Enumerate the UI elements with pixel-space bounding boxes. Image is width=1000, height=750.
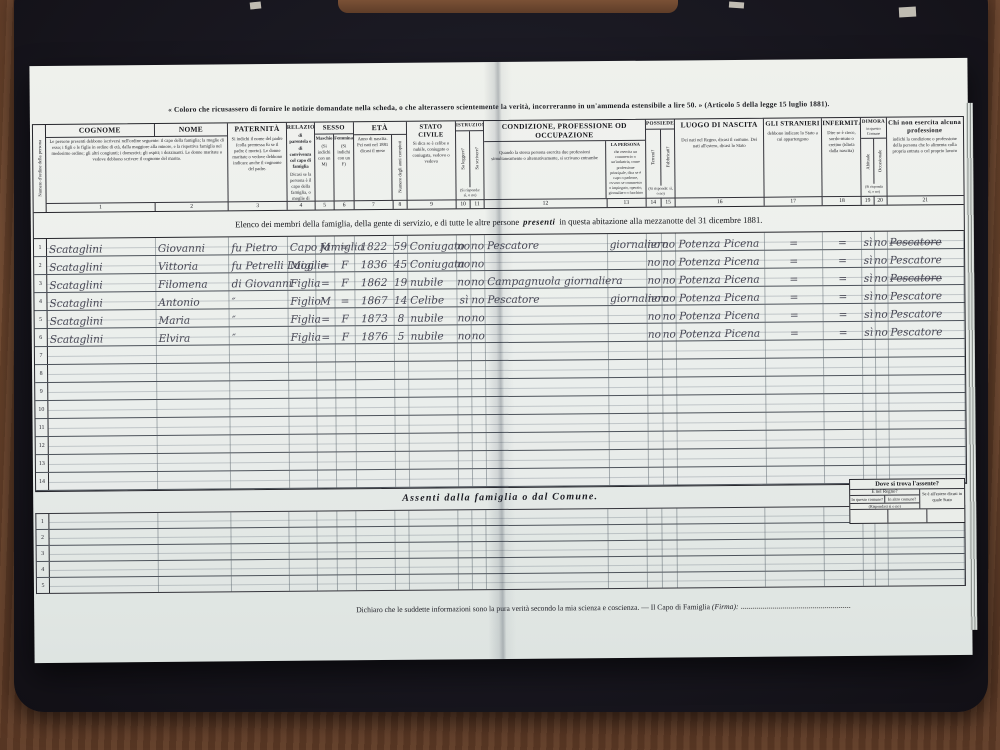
cell-occ: no [875,268,888,285]
cell-f [337,527,357,542]
cell-inf [825,430,864,447]
cell-paternita [232,576,291,592]
cell-legge [459,526,473,541]
cell-luogo [678,540,766,556]
cell-chinon [889,357,965,375]
cell-luogo [678,395,766,413]
cell-legge: no [457,253,471,270]
cell-rel [290,471,318,488]
cell-cognome [49,513,158,529]
cell-f [337,559,357,574]
absent-box-answer-cells [850,508,964,523]
cell-stran [766,507,825,523]
cell-cognome [48,346,157,364]
cell-occ [876,430,889,447]
cell-scrive: no [471,253,485,270]
cell-nome [158,560,231,576]
column-group-possiede: POSSIEDE Terreni? Fabbricati? (Si rispon… [646,119,676,197]
cell-chinon [889,429,965,447]
cell-nome: Antonio [156,291,230,309]
cell-legge [459,558,473,573]
cell-paternita [230,345,289,363]
cell-nome [158,512,231,528]
cell-pers [609,432,648,449]
signature-blank [741,599,850,609]
cell-pers [609,360,648,377]
possiede-fabbricati: Fabbricati? [661,129,675,185]
cell-paternita [231,512,290,528]
cell-m [318,527,338,542]
cell-occ [876,358,889,375]
cell-nome [157,417,231,435]
cell-pers [608,306,647,323]
cell-nome [158,471,232,489]
cell-n: 12 [36,437,49,454]
cell-inf [825,394,864,411]
cell-f: F [336,308,356,325]
cell-occ [876,448,889,465]
cell-anni: 14 [394,290,408,307]
cell-stran [766,376,825,394]
cell-abit [863,539,875,554]
cell-f: = [336,290,356,307]
possiede-terreni: Terreni? [646,130,661,186]
istruzione-scrive: Sa scrivere? [470,131,483,187]
cell-luogo [677,359,765,377]
cell-f [337,543,357,558]
occasionale-label: Occasionale [877,150,882,172]
colnum-10: 10 [457,199,471,208]
cell-rel: Moglie [288,255,316,272]
cell-cognome: Scataglini [47,238,156,256]
legge-label: Sa leggere? [460,148,465,169]
cell-terr [648,573,663,588]
cell-abit [864,394,876,411]
cell-chinon: Pescatore [888,267,964,285]
cell-chinon: Pescatore [888,285,964,303]
cell-nome [157,381,231,399]
cell-fabb: no [662,323,677,340]
cell-n: 1 [36,514,49,529]
cell-stran: = [765,286,824,304]
column-chi-non-esercita: Chi non esercita alcuna professione indi… [886,117,963,196]
cell-paternita [230,363,289,381]
cell-cond [486,414,609,432]
anno-note: Anno di nascita. Pei nati nel 1881 dicas… [354,134,392,155]
cell-cognome: Scataglini [47,292,156,310]
cell-anno: 1873 [355,308,394,325]
terreni-label: Terreni? [650,150,655,165]
column-infermita: INFERMITÀ Dire se è cieco, sordo-muto o … [822,118,862,196]
cell-paternita: ″ [230,309,289,327]
cell-abit: sì [862,232,874,249]
cell-stato: nubile [408,271,457,288]
cell-anno [356,362,395,379]
cell-chinon [888,339,964,357]
cell-anni [395,416,409,433]
scrive-label: Sa scrivere? [474,148,479,170]
colnum-1: 1 [47,202,156,212]
absent-box-estero: Se è all'estero dicasi in quale Stato [920,489,964,509]
cell-nome [157,435,231,453]
colnum-18: 18 [823,196,862,205]
cell-stato [410,542,459,557]
paper-sliver [250,1,262,9]
cell-abit [863,358,875,375]
cell-occ: no [875,304,888,321]
cell-terr [649,450,664,467]
cell-n: 6 [35,329,48,346]
column-stranieri: GLI STRANIERI debbono indicare lo Stato … [764,118,823,197]
cell-pers: giornaliero [608,234,647,251]
cell-luogo [678,467,766,485]
cell-stato: Coniugato [408,235,457,252]
cell-n: 5 [35,311,48,328]
cell-terr: no [647,288,662,305]
table-header: Numero d'ordine della persona COGNOME NO… [33,117,964,213]
cell-inf [824,340,863,357]
cell-m [317,511,337,526]
cell-luogo [677,508,765,524]
cell-legge: sì [457,289,471,306]
cell-anno: 1876 [355,326,394,343]
due-note: Quando la stessa persona esercita due pr… [484,141,605,163]
declaration-text: Dichiaro che le suddette informazioni so… [356,602,710,614]
chi-non-title: Chi non esercita alcuna professione [886,117,962,136]
cell-rel: Figlia [289,327,317,344]
cell-paternita [231,435,290,453]
cell-f [337,398,357,415]
colnum-13: 13 [607,198,646,207]
cell-terr [648,541,663,556]
cell-occ: no [875,322,888,339]
cell-stato [409,361,458,378]
paternita-note: Si indichi il nome del padre (colla prem… [228,134,286,173]
cell-rel [289,417,317,434]
cell-anno [356,380,395,397]
cell-pers [608,324,647,341]
cell-inf [824,358,863,375]
cell-n: 1 [34,239,47,256]
cell-anni [396,559,410,574]
cell-abit [864,571,876,586]
cell-fabb: no [662,269,677,286]
cell-paternita [230,381,289,399]
cell-rel [290,512,318,527]
colnum-19: 19 [862,196,874,205]
cell-cond: Pescatore [485,288,608,306]
cell-stran [766,394,825,412]
cell-m [318,452,338,469]
cell-cognome: Scataglini [48,310,157,328]
colnum-4: 4 [287,201,315,210]
cell-f: F [335,272,355,289]
cell-anno [356,398,395,415]
cell-fabb [664,467,679,484]
cell-occ: no [875,250,888,267]
cell-rel [290,544,318,559]
cell-cognome [48,400,157,418]
cell-scrive: no [471,271,485,288]
cell-terr [648,360,663,377]
cell-anno [357,452,396,469]
cell-occ [876,412,889,429]
sesso-femmina: Femmina (Si indichi con un F) [334,134,353,201]
cell-abit [864,448,876,465]
cell-scrive: no [472,325,486,342]
cell-cond [486,396,609,414]
cell-legge [459,542,473,557]
cell-f [336,380,356,397]
cell-chinon [889,375,965,393]
cell-paternita [232,560,291,576]
wood-edge-notch [338,0,678,13]
cell-nome [158,453,232,471]
cell-m [318,559,338,574]
cell-inf: = [824,286,863,303]
anni-label: Numero degli anni compiuti [397,141,402,193]
photo-stage: « Coloro che ricusassero di fornire le n… [0,0,1000,750]
cell-inf: = [823,232,862,249]
cell-inf [825,412,864,429]
cell-anni [396,543,410,558]
dimora-title: DIMORA [861,118,885,126]
cell-anno [357,543,396,558]
cell-f [337,416,357,433]
cell-legge [459,415,473,432]
cell-abit [863,555,875,570]
cell-stato [410,469,459,486]
sesso-maschio: Maschio (Si indichi con un M) [315,134,335,201]
cell-stran [766,539,825,555]
census-table: Numero d'ordine della persona COGNOME NO… [32,116,967,492]
cell-abit [864,412,876,429]
cell-luogo: Potenza Picena [677,287,765,305]
cell-cognome [48,382,157,400]
fabbricati-label: Fabbricati? [665,147,670,168]
cell-cond [487,573,610,589]
cell-nome [157,363,231,381]
colnum-2: 2 [155,201,229,211]
cell-abit [863,523,875,538]
cell-terr [649,468,664,485]
cell-chinon [889,570,965,586]
cell-stran [766,571,825,587]
cell-anni [396,527,410,542]
cognome-nome-note: Le persone presenti debbono iscriversi n… [46,136,227,164]
cell-n: 8 [35,365,48,382]
cell-f [337,452,357,469]
cell-stato: Celibe [408,289,457,306]
cell-scrive [473,574,487,589]
cell-abit [863,340,875,357]
cell-anno: 1867 [355,290,394,307]
cell-rel: Figlia [288,309,316,326]
femmina-label: Femmina [334,134,353,142]
cell-m [317,434,337,451]
cell-fabb [663,377,678,394]
cell-cond: Pescatore [485,234,608,252]
cell-legge [459,433,473,450]
cell-stran [766,430,825,448]
cell-pers [608,252,647,269]
cell-abit: sì [863,304,875,321]
absent-section: Assenti dalla famiglia o dal Comune. Dov… [35,488,966,594]
cell-nome: Giovanni [156,237,230,255]
cell-fabb [662,341,677,358]
cell-luogo [678,431,766,449]
stato-title: STATO CIVILE [407,121,455,140]
cell-cognome: Scataglini [47,256,156,274]
cell-stran [767,466,826,484]
dimora-abituale: Abituale [862,139,875,184]
declaration-firma: (Firma): [712,602,739,611]
cell-stran [766,555,825,571]
cell-inf [824,555,863,570]
cell-cond [485,252,608,270]
cell-luogo [678,377,766,395]
cell-stato [409,379,458,396]
cell-m [318,575,338,590]
cell-paternita [231,417,290,435]
cell-inf [824,539,863,554]
cell-stato: nubile [408,325,457,342]
cell-luogo [678,449,766,467]
cell-m [318,543,338,558]
cell-cond [486,324,609,342]
cell-m [318,470,338,487]
cell-anno: 1862 [355,272,394,289]
absent-box-comune2: In altro comune? [885,495,919,503]
paternita-title: PATERNITÀ [228,123,286,135]
cell-luogo: Potenza Picena [677,251,765,269]
cell-paternita: di Giovanni [230,273,289,291]
column-luogo-nascita: LUOGO DI NASCITA Dei nati nel Regno, dic… [675,119,764,198]
relazione-subtitle: di parentela o di convivenza col capo di… [287,132,314,171]
cell-inf: = [823,250,862,267]
cell-abit: sì [863,286,875,303]
cell-fabb [663,449,678,466]
cell-chinon [889,393,965,411]
cell-anni [395,511,409,526]
cell-rel [290,435,318,452]
cell-anni [395,434,409,451]
cell-occ [875,555,888,570]
possiede-title: POSSIEDE [646,119,675,129]
sesso-title: SESSO [315,122,353,134]
cell-anno: 1822 [355,236,394,253]
cell-stran [766,412,825,430]
absent-box-note: (Rispondasi sì o no) [850,503,919,510]
cell-m [317,380,337,397]
cell-paternita [231,528,290,544]
list-title-emphasis: presenti [523,216,555,226]
cell-cond [487,541,610,557]
dimora-subtitle: in questo Comune [861,125,885,138]
cell-abit [864,430,876,447]
cell-inf [825,376,864,393]
cell-cond [487,557,610,573]
cell-chinon: Pescatore [888,249,964,267]
cell-chinon [888,554,964,570]
cell-anno [357,527,396,542]
cell-f: F [335,254,355,271]
cell-legge [458,379,472,396]
cognome-title: COGNOME [46,124,155,136]
cell-inf: = [824,322,863,339]
cell-rel: Figlia [288,273,316,290]
cell-rel [289,363,317,380]
cell-rel [289,345,317,362]
cell-pers [609,541,648,556]
cell-occ [875,340,888,357]
cell-terr: no [647,306,662,323]
cell-f [337,575,357,590]
cell-pers [609,573,648,588]
cell-nome [157,345,231,363]
cell-cognome [49,472,158,490]
cell-stran [766,358,825,376]
cell-anno [357,470,396,487]
column-cognome-nome: COGNOME NOME Le persone presenti debbono… [46,123,229,203]
cell-nome [157,399,231,417]
cell-scrive [473,469,487,486]
cell-paternita: ″ [230,327,289,345]
stato-note: Si dica se è celibe o nubile, coniugato … [407,140,456,167]
cell-abit [864,376,876,393]
cell-terr [648,525,663,540]
cell-n: 10 [35,401,48,418]
cell-stran [766,523,825,539]
cell-rel [290,560,318,575]
absent-location-box: Dove si trova l'assente? È nel Regno? In… [849,478,965,524]
cell-n: 5 [37,578,50,593]
paper-sliver [729,1,744,8]
cell-fabb [663,556,678,571]
cell-stato [409,343,458,360]
cell-m [317,344,337,361]
list-title-part1: Elenco dei membri della famiglia, della … [235,216,519,228]
cell-nome [158,576,231,592]
declaration-line: Dichiaro che le suddette informazioni so… [356,599,850,614]
cell-fabb [663,508,678,523]
column-group-dimora: DIMORA in questo Comune Abituale Occasio… [861,118,887,196]
column-group-eta: ETÀ Anno di nascita. Pei nati nel 1881 d… [354,122,408,200]
cell-pers [610,468,649,485]
colnum-11: 11 [471,199,485,208]
cell-n: 2 [36,530,49,545]
colnum-16: 16 [676,197,764,207]
eta-anno: Anno di nascita. Pei nati nel 1881 dicas… [354,134,393,200]
cell-cond [486,378,609,396]
cell-n: 4 [37,562,50,577]
colnum-6: 6 [335,200,355,209]
cell-stato [409,433,458,450]
cell-cond [486,509,609,525]
colnum-14: 14 [646,198,661,207]
cell-nome: Maria [156,309,230,327]
cell-f [337,434,357,451]
relazione-title: RELAZIONE [287,123,314,133]
cell-inf [825,571,864,586]
cell-cond [486,525,609,541]
cell-paternita: ″ [230,291,289,309]
cell-stato [410,558,459,573]
cell-cond [486,360,609,378]
cell-scrive [472,510,486,525]
stranieri-note: debbono indicare lo Stato a cui apparten… [764,129,822,144]
colnum-3: 3 [229,201,288,211]
